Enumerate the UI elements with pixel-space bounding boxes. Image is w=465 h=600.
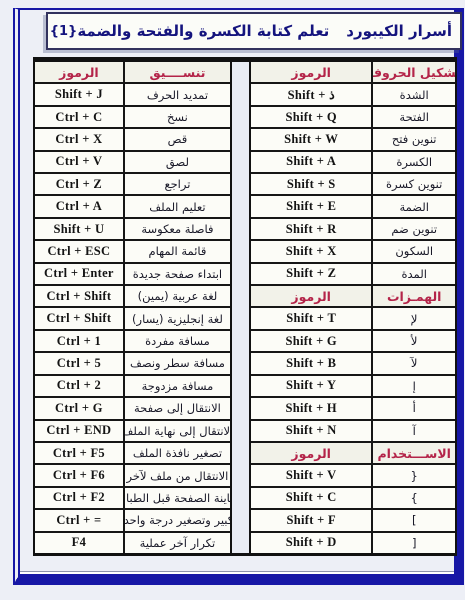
section-header-row: الهمـزاتالرموز	[251, 286, 455, 308]
shortcut-code-cell: Ctrl + Shift	[35, 286, 123, 306]
codes-column-header: الرموز	[251, 443, 371, 463]
shortcut-name-cell: لصق	[123, 152, 230, 172]
shortcut-name-cell: السكون	[371, 241, 455, 261]
shortcut-name-cell: مسافة سطر ونصف	[123, 353, 230, 373]
shortcut-name-cell: المدة	[371, 264, 455, 284]
shortcut-row: تمديد الحرفShift + J	[35, 84, 230, 106]
shortcut-row: لغة إنجليزية (يسار)Ctrl + Shift	[35, 308, 230, 330]
shortcut-row: {Shift + V	[251, 465, 455, 487]
shortcut-row: ]Shift + F	[251, 510, 455, 532]
shortcut-row: السكونShift + X	[251, 241, 455, 263]
shortcut-code-cell: Shift + F	[251, 510, 371, 530]
shortcut-row: فاصلة معكوسةShift + U	[35, 219, 230, 241]
shortcut-code-cell: Shift + R	[251, 219, 371, 239]
shortcut-tables: تشكيل الحروفالرموزالشدةShift + ذالفتحةSh…	[33, 57, 457, 556]
shortcut-row: تعليم الملفCtrl + A	[35, 196, 230, 218]
shortcut-row: الانتقال إلى نهاية الملفCtrl + END	[35, 421, 230, 443]
page-number-badge: {1}	[50, 24, 78, 39]
shortcut-name-cell: تنوين ضم	[371, 219, 455, 239]
shortcut-row: تنوين ضمShift + R	[251, 219, 455, 241]
shortcut-row: تكبير وتصغير درجة واحدةCtrl + =	[35, 510, 230, 532]
shortcut-name-cell: لآ	[371, 353, 455, 373]
shortcut-name-cell: الانتقال إلى نهاية الملف	[123, 421, 230, 441]
shortcut-name-cell: الكسرة	[371, 152, 455, 172]
shortcut-code-cell: Ctrl + Enter	[35, 264, 123, 284]
shortcut-row: }Shift + C	[251, 488, 455, 510]
shortcut-name-cell: لأ	[371, 331, 455, 351]
shortcut-name-cell: ابتداء صفحة جديدة	[123, 264, 230, 284]
shortcut-row: تراجعCtrl + Z	[35, 174, 230, 196]
shortcut-code-cell: Shift + N	[251, 421, 371, 441]
shortcut-code-cell: Shift + A	[251, 152, 371, 172]
shortcut-code-cell: Ctrl + V	[35, 152, 123, 172]
shortcut-code-cell: F4	[35, 533, 123, 553]
formatting-table: تنســــيقالرموزتمديد الحرفShift + JنسخCt…	[33, 62, 232, 553]
shortcut-row: الكسرةShift + A	[251, 152, 455, 174]
codes-column-header: الرموز	[35, 62, 123, 82]
shortcut-row: تكرار آخر عمليةF4	[35, 533, 230, 553]
shortcut-code-cell: Ctrl + Shift	[35, 308, 123, 328]
section-title: تشكيل الحروف	[371, 62, 455, 82]
shortcut-row: تنوين فتحShift + W	[251, 129, 455, 151]
shortcut-name-cell: ]	[371, 510, 455, 530]
shortcut-code-cell: Ctrl + X	[35, 129, 123, 149]
shortcut-row: قائمة المهامCtrl + ESC	[35, 241, 230, 263]
shortcut-row: نسخCtrl + C	[35, 107, 230, 129]
shortcut-code-cell: Shift + Q	[251, 107, 371, 127]
page-title: أسرار الكيبورد تعلم كتابة الكسرة والفتحة…	[77, 22, 452, 40]
page-title-main: أسرار الكيبورد	[346, 22, 452, 40]
shortcut-row: الفتحةShift + Q	[251, 107, 455, 129]
shortcut-row: المدةShift + Z	[251, 264, 455, 286]
shortcut-row: لأShift + G	[251, 331, 455, 353]
shortcut-row: مسافة مفردةCtrl + 1	[35, 331, 230, 353]
shortcut-code-cell: Ctrl + A	[35, 196, 123, 216]
shortcut-code-cell: Shift + W	[251, 129, 371, 149]
shortcut-name-cell: تكرار آخر عملية	[123, 533, 230, 553]
letter-shaping-table: تشكيل الحروفالرموزالشدةShift + ذالفتحةSh…	[249, 62, 457, 553]
shortcut-row: الشدةShift + ذ	[251, 84, 455, 106]
section-title: تنســــيق	[123, 62, 230, 82]
shortcut-row: تنوين كسرةShift + S	[251, 174, 455, 196]
shortcut-row: لصقCtrl + V	[35, 152, 230, 174]
shortcut-row: قصCtrl + X	[35, 129, 230, 151]
shortcut-name-cell: الفتحة	[371, 107, 455, 127]
shortcut-name-cell: تعليم الملف	[123, 196, 230, 216]
page: أسرار الكيبورد تعلم كتابة الكسرة والفتحة…	[0, 0, 465, 600]
shortcut-name-cell: لإ	[371, 308, 455, 328]
shortcut-name-cell: }	[371, 488, 455, 508]
shortcut-code-cell: Ctrl + END	[35, 421, 123, 441]
shortcut-row: آShift + N	[251, 421, 455, 443]
shortcut-row: الضمةShift + E	[251, 196, 455, 218]
shortcut-row: إShift + Y	[251, 376, 455, 398]
section-header-row: تشكيل الحروفالرموز	[251, 62, 455, 84]
shortcut-code-cell: Shift + J	[35, 84, 123, 104]
shortcut-code-cell: Shift + E	[251, 196, 371, 216]
shortcut-name-cell: [	[371, 533, 455, 553]
shortcut-code-cell: Ctrl + F2	[35, 488, 123, 508]
shortcut-name-cell: معاينة الصفحة قبل الطباعة	[123, 488, 230, 508]
shortcut-code-cell: Shift + V	[251, 465, 371, 485]
shortcut-name-cell: تنوين كسرة	[371, 174, 455, 194]
shortcut-name-cell: الانتقال إلى صفحة	[123, 398, 230, 418]
shortcut-name-cell: قص	[123, 129, 230, 149]
section-title: الاســـتخدام	[371, 443, 455, 463]
shortcut-name-cell: آ	[371, 421, 455, 441]
shortcut-row: معاينة الصفحة قبل الطباعةCtrl + F2	[35, 488, 230, 510]
shortcut-name-cell: فاصلة معكوسة	[123, 219, 230, 239]
shortcut-code-cell: Shift + T	[251, 308, 371, 328]
shortcut-name-cell: تصغير نافذة الملف	[123, 443, 230, 463]
shortcut-code-cell: Ctrl + 1	[35, 331, 123, 351]
shortcut-row: [Shift + D	[251, 533, 455, 553]
shortcut-code-cell: Ctrl + 5	[35, 353, 123, 373]
shortcut-code-cell: Ctrl + =	[35, 510, 123, 530]
shortcut-name-cell: نسخ	[123, 107, 230, 127]
shortcut-code-cell: Shift + D	[251, 533, 371, 553]
shortcut-code-cell: Shift + ذ	[251, 84, 371, 104]
shortcut-code-cell: Shift + C	[251, 488, 371, 508]
shortcut-code-cell: Ctrl + G	[35, 398, 123, 418]
section-title: الهمـزات	[371, 286, 455, 306]
shortcut-code-cell: Shift + H	[251, 398, 371, 418]
shortcut-code-cell: Shift + S	[251, 174, 371, 194]
section-header-row: الاســـتخدامالرموز	[251, 443, 455, 465]
shortcut-name-cell: قائمة المهام	[123, 241, 230, 261]
shortcut-row: لآShift + B	[251, 353, 455, 375]
shortcut-row: ابتداء صفحة جديدةCtrl + Enter	[35, 264, 230, 286]
shortcut-code-cell: Ctrl + F5	[35, 443, 123, 463]
codes-column-header: الرموز	[251, 62, 371, 82]
shortcut-code-cell: Ctrl + F6	[35, 465, 123, 485]
shortcut-code-cell: Ctrl + Z	[35, 174, 123, 194]
shortcut-code-cell: Shift + X	[251, 241, 371, 261]
shortcut-code-cell: Shift + G	[251, 331, 371, 351]
shortcut-name-cell: لغة عربية (يمين)	[123, 286, 230, 306]
shortcut-code-cell: Ctrl + C	[35, 107, 123, 127]
shortcut-row: مسافة سطر ونصفCtrl + 5	[35, 353, 230, 375]
shortcut-code-cell: Shift + Y	[251, 376, 371, 396]
shortcut-row: لإShift + T	[251, 308, 455, 330]
page-title-sub: تعلم كتابة الكسرة والفتحة والضمة	[77, 22, 329, 40]
shortcut-name-cell: تراجع	[123, 174, 230, 194]
shortcut-row: مسافة مزدوجةCtrl + 2	[35, 376, 230, 398]
shortcut-name-cell: الشدة	[371, 84, 455, 104]
shortcut-row: الانتقال إلى صفحةCtrl + G	[35, 398, 230, 420]
shortcut-row: أShift + H	[251, 398, 455, 420]
shortcut-code-cell: Ctrl + ESC	[35, 241, 123, 261]
shortcut-row: الانتقال من ملف لآخرCtrl + F6	[35, 465, 230, 487]
shortcut-row: تصغير نافذة الملفCtrl + F5	[35, 443, 230, 465]
shortcut-code-cell: Shift + U	[35, 219, 123, 239]
shortcut-name-cell: مسافة مزدوجة	[123, 376, 230, 396]
table-gap-divider	[232, 62, 249, 553]
shortcut-name-cell: تنوين فتح	[371, 129, 455, 149]
shortcut-name-cell: الضمة	[371, 196, 455, 216]
title-plaque: أسرار الكيبورد تعلم كتابة الكسرة والفتحة…	[46, 12, 462, 50]
shortcut-name-cell: الانتقال من ملف لآخر	[123, 465, 230, 485]
shortcut-row: لغة عربية (يمين)Ctrl + Shift	[35, 286, 230, 308]
codes-column-header: الرموز	[251, 286, 371, 306]
shortcut-name-cell: إ	[371, 376, 455, 396]
shortcut-code-cell: Shift + B	[251, 353, 371, 373]
shortcut-name-cell: أ	[371, 398, 455, 418]
shortcut-name-cell: مسافة مفردة	[123, 331, 230, 351]
shortcut-name-cell: تمديد الحرف	[123, 84, 230, 104]
section-header-row: تنســــيقالرموز	[35, 62, 230, 84]
shortcut-name-cell: تكبير وتصغير درجة واحدة	[123, 510, 230, 530]
shortcut-code-cell: Shift + Z	[251, 264, 371, 284]
shortcut-name-cell: {	[371, 465, 455, 485]
shortcut-name-cell: لغة إنجليزية (يسار)	[123, 308, 230, 328]
shortcut-code-cell: Ctrl + 2	[35, 376, 123, 396]
